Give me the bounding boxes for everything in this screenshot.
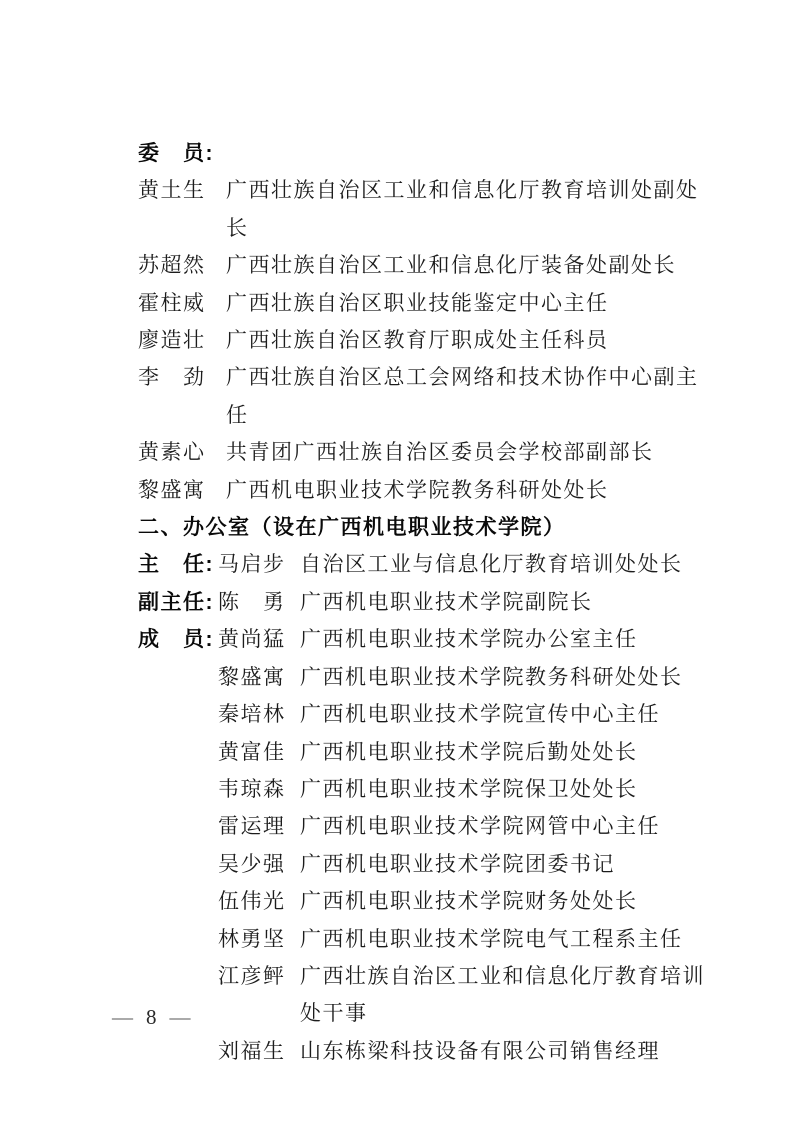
page-number: 8 bbox=[146, 1005, 157, 1029]
member-name: 李 劲 bbox=[138, 359, 226, 396]
office-member-row: 黄富佳 广西机电职业技术学院后勤处处长 bbox=[138, 734, 710, 771]
office-director-row: 主 任: 马启步 自治区工业与信息化厅教育培训处处长 bbox=[138, 546, 710, 583]
member-name: 黎盛寓 bbox=[218, 659, 300, 696]
member-title: 广西机电职业技术学院后勤处处长 bbox=[300, 734, 710, 771]
member-title: 共青团广西壮族自治区委员会学校部副部长 bbox=[226, 434, 710, 471]
member-name: 刘福生 bbox=[218, 1033, 300, 1070]
member-title: 广西机电职业技术学院网管中心主任 bbox=[300, 808, 710, 845]
member-name: 吴少强 bbox=[218, 846, 300, 883]
office-deputy-title: 广西机电职业技术学院副院长 bbox=[300, 584, 710, 621]
committee-member-row: 廖造壮 广西壮族自治区教育厅职成处主任科员 bbox=[138, 322, 710, 359]
committee-section-label: 委 员: bbox=[138, 135, 710, 172]
member-name: 黄富佳 bbox=[218, 734, 300, 771]
committee-member-row: 黄土生 广西壮族自治区工业和信息化厅教育培训处副处长 bbox=[138, 172, 710, 247]
office-member-list: 成 员: 黄尚猛 广西机电职业技术学院办公室主任 黎盛寓 广西机电职业技术学院教… bbox=[138, 621, 710, 1070]
member-name: 廖造壮 bbox=[138, 322, 226, 359]
office-deputy-row: 副主任: 陈 勇 广西机电职业技术学院副院长 bbox=[138, 584, 710, 621]
member-name: 黄尚猛 bbox=[218, 621, 300, 658]
footer-dash-left: — bbox=[112, 1005, 133, 1029]
member-title: 广西壮族自治区职业技能鉴定中心主任 bbox=[226, 285, 710, 322]
office-deputy-name: 陈 勇 bbox=[218, 584, 300, 621]
page-footer: — 8 — bbox=[112, 1005, 191, 1029]
committee-member-row: 黎盛寓 广西机电职业技术学院教务科研处处长 bbox=[138, 472, 710, 509]
member-title: 广西机电职业技术学院财务处处长 bbox=[300, 883, 710, 920]
committee-member-row: 苏超然 广西壮族自治区工业和信息化厅装备处副处长 bbox=[138, 247, 710, 284]
document-page: 委 员: 黄土生 广西壮族自治区工业和信息化厅教育培训处副处长 苏超然 广西壮族… bbox=[0, 0, 793, 1122]
committee-member-list: 黄土生 广西壮族自治区工业和信息化厅教育培训处副处长 苏超然 广西壮族自治区工业… bbox=[138, 172, 710, 509]
office-members-label: 成 员: bbox=[138, 621, 218, 658]
member-title: 广西机电职业技术学院电气工程系主任 bbox=[300, 921, 710, 958]
office-director-label: 主 任: bbox=[138, 546, 218, 583]
member-title: 山东栋梁科技设备有限公司销售经理 bbox=[300, 1033, 710, 1070]
office-member-row: 雷运理 广西机电职业技术学院网管中心主任 bbox=[138, 808, 710, 845]
member-name: 雷运理 bbox=[218, 808, 300, 845]
office-section-heading: 二、办公室（设在广西机电职业技术学院） bbox=[138, 509, 710, 546]
member-name: 韦琼森 bbox=[218, 771, 300, 808]
member-title: 广西壮族自治区工业和信息化厅教育培训处副处长 bbox=[226, 172, 710, 247]
member-name: 伍伟光 bbox=[218, 883, 300, 920]
member-title: 广西壮族自治区教育厅职成处主任科员 bbox=[226, 322, 710, 359]
member-title: 广西壮族自治区总工会网络和技术协作中心副主任 bbox=[226, 359, 710, 434]
office-director-name: 马启步 bbox=[218, 546, 300, 583]
member-name: 黄土生 bbox=[138, 172, 226, 209]
member-name: 黎盛寓 bbox=[138, 472, 226, 509]
member-name: 苏超然 bbox=[138, 247, 226, 284]
office-member-row: 韦琼森 广西机电职业技术学院保卫处处长 bbox=[138, 771, 710, 808]
member-name: 霍柱威 bbox=[138, 285, 226, 322]
office-member-row: 伍伟光 广西机电职业技术学院财务处处长 bbox=[138, 883, 710, 920]
member-title: 广西机电职业技术学院办公室主任 bbox=[300, 621, 710, 658]
committee-member-row: 李 劲 广西壮族自治区总工会网络和技术协作中心副主任 bbox=[138, 359, 710, 434]
office-member-row: 秦培林 广西机电职业技术学院宣传中心主任 bbox=[138, 696, 710, 733]
office-member-row: 江彦鲆 广西壮族自治区工业和信息化厅教育培训处干事 bbox=[138, 958, 710, 1033]
committee-member-row: 黄素心 共青团广西壮族自治区委员会学校部副部长 bbox=[138, 434, 710, 471]
office-member-row: 黎盛寓 广西机电职业技术学院教务科研处处长 bbox=[138, 659, 710, 696]
office-member-row: 成 员: 黄尚猛 广西机电职业技术学院办公室主任 bbox=[138, 621, 710, 658]
member-name: 江彦鲆 bbox=[218, 958, 300, 995]
office-member-row: 刘福生 山东栋梁科技设备有限公司销售经理 bbox=[138, 1033, 710, 1070]
member-title: 广西机电职业技术学院教务科研处处长 bbox=[226, 472, 710, 509]
footer-dash-right: — bbox=[170, 1005, 191, 1029]
member-title: 广西机电职业技术学院团委书记 bbox=[300, 846, 710, 883]
member-title: 广西壮族自治区工业和信息化厅装备处副处长 bbox=[226, 247, 710, 284]
member-title: 广西机电职业技术学院教务科研处处长 bbox=[300, 659, 710, 696]
committee-member-row: 霍柱威 广西壮族自治区职业技能鉴定中心主任 bbox=[138, 285, 710, 322]
member-title: 广西机电职业技术学院保卫处处长 bbox=[300, 771, 710, 808]
office-deputy-label: 副主任: bbox=[138, 584, 218, 621]
member-name: 黄素心 bbox=[138, 434, 226, 471]
member-name: 林勇坚 bbox=[218, 921, 300, 958]
document-body: 委 员: 黄土生 广西壮族自治区工业和信息化厅教育培训处副处长 苏超然 广西壮族… bbox=[138, 135, 710, 1070]
member-name: 秦培林 bbox=[218, 696, 300, 733]
member-title: 广西机电职业技术学院宣传中心主任 bbox=[300, 696, 710, 733]
office-member-row: 吴少强 广西机电职业技术学院团委书记 bbox=[138, 846, 710, 883]
office-director-title: 自治区工业与信息化厅教育培训处处长 bbox=[300, 546, 710, 583]
office-member-row: 林勇坚 广西机电职业技术学院电气工程系主任 bbox=[138, 921, 710, 958]
member-title: 广西壮族自治区工业和信息化厅教育培训处干事 bbox=[300, 958, 710, 1033]
